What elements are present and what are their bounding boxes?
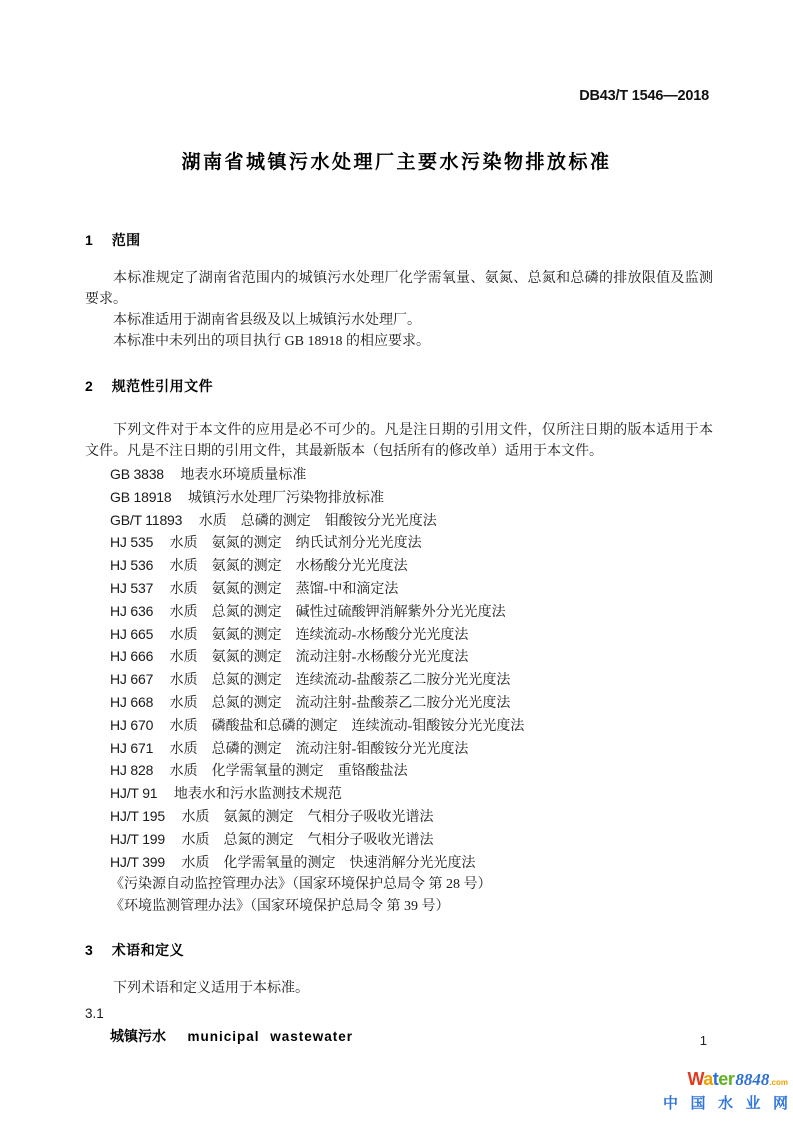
section-number: 3	[85, 940, 93, 960]
reference-document: 《污染源自动监控管理办法》（国家环境保护总局令 第 28 号）	[110, 874, 713, 896]
logo-letter: e	[718, 1069, 728, 1089]
section-1-heading: 1 范围	[85, 230, 713, 250]
reference-code: GB/T 11893	[110, 512, 182, 528]
references-list: GB 3838 地表水环境质量标准 GB 18918 城镇污水处理厂污染物排放标…	[85, 464, 713, 918]
reference-item: HJ 828 水质 化学需氧量的测定 重铬酸盐法	[110, 760, 713, 783]
section-3-heading: 3 术语和定义	[85, 940, 713, 960]
logo-letter: W	[687, 1069, 703, 1089]
reference-code: GB 18918	[110, 489, 171, 505]
reference-code: HJ 665	[110, 626, 153, 642]
reference-code: HJ 666	[110, 648, 153, 664]
section-number: 2	[85, 376, 93, 396]
reference-title: 地表水和污水监测技术规范	[174, 787, 342, 802]
logo-dotcom: .com	[769, 1078, 788, 1087]
reference-code: GB 3838	[110, 466, 164, 482]
reference-code: HJ/T 199	[110, 831, 165, 847]
reference-item: HJ 665 水质 氨氮的测定 连续流动-水杨酸分光光度法	[110, 624, 713, 647]
reference-item: HJ/T 399 水质 化学需氧量的测定 快速消解分光光度法	[110, 852, 713, 875]
section-2-heading: 2 规范性引用文件	[85, 376, 713, 396]
water8848-logo: Water8848.com 中国水业网	[663, 1068, 788, 1113]
logo-wordmark: Water8848.com	[663, 1068, 788, 1094]
reference-item: HJ/T 195 水质 氨氮的测定 气相分子吸收光谱法	[110, 806, 713, 829]
reference-code: HJ 537	[110, 580, 153, 596]
reference-title: 水质 磷酸盐和总磷的测定 连续流动-钼酸铵分光光度法	[170, 719, 525, 734]
reference-item: HJ 636 水质 总氮的测定 碱性过硫酸钾消解紫外分光光度法	[110, 601, 713, 624]
reference-item: HJ/T 91 地表水和污水监测技术规范	[110, 783, 713, 806]
reference-title: 城镇污水处理厂污染物排放标准	[188, 491, 384, 506]
paragraph: 本标准适用于湖南省县级及以上城镇污水处理厂。	[85, 310, 713, 331]
logo-letter: r	[728, 1069, 735, 1089]
logo-number-8848: 8848	[735, 1070, 769, 1089]
page-number: 1	[700, 1033, 707, 1048]
logo-letter: a	[703, 1069, 713, 1089]
term-definition-line: 城镇污水 municipal wastewater	[85, 1025, 713, 1049]
reference-title: 水质 总氮的测定 连续流动-盐酸萘乙二胺分光光度法	[170, 673, 511, 688]
reference-item: HJ 535 水质 氨氮的测定 纳氏试剂分光光度法	[110, 532, 713, 555]
reference-title: 水质 氨氮的测定 气相分子吸收光谱法	[181, 810, 433, 825]
reference-code: HJ 667	[110, 671, 153, 687]
section-title: 术语和定义	[112, 942, 185, 958]
reference-code: HJ 668	[110, 694, 153, 710]
reference-item: HJ 537 水质 氨氮的测定 蒸馏-中和滴定法	[110, 578, 713, 601]
reference-title: 水质 氨氮的测定 水杨酸分光光度法	[170, 559, 408, 574]
reference-item: HJ 666 水质 氨氮的测定 流动注射-水杨酸分光光度法	[110, 646, 713, 669]
reference-code: HJ 535	[110, 534, 153, 550]
references-intro: 下列文件对于本文件的应用是必不可少的。凡是注日期的引用文件，仅所注日期的版本适用…	[85, 420, 713, 462]
reference-title: 水质 氨氮的测定 流动注射-水杨酸分光光度法	[170, 650, 469, 665]
reference-item: HJ 670 水质 磷酸盐和总磷的测定 连续流动-钼酸铵分光光度法	[110, 715, 713, 738]
reference-title: 水质 总氮的测定 流动注射-盐酸萘乙二胺分光光度法	[170, 696, 511, 711]
reference-item: HJ 668 水质 总氮的测定 流动注射-盐酸萘乙二胺分光光度法	[110, 692, 713, 715]
reference-item: HJ/T 199 水质 总氮的测定 气相分子吸收光谱法	[110, 829, 713, 852]
reference-title: 水质 总氮的测定 碱性过硫酸钾消解紫外分光光度法	[170, 605, 506, 620]
reference-code: HJ/T 195	[110, 808, 165, 824]
term-english: municipal wastewater	[188, 1029, 354, 1044]
reference-code: HJ 670	[110, 717, 153, 733]
terms-intro: 下列术语和定义适用于本标准。	[85, 978, 713, 999]
reference-item: GB/T 11893 水质 总磷的测定 钼酸铵分光光度法	[110, 510, 713, 533]
document-title: 湖南省城镇污水处理厂主要水污染物排放标准	[0, 147, 793, 174]
reference-document: 《环境监测管理办法》（国家环境保护总局令 第 39 号）	[110, 896, 713, 918]
reference-title: 水质 氨氮的测定 连续流动-水杨酸分光光度法	[170, 628, 469, 643]
reference-item: GB 3838 地表水环境质量标准	[110, 464, 713, 487]
document-page: DB43/T 1546—2018 湖南省城镇污水处理厂主要水污染物排放标准 1 …	[0, 0, 793, 1122]
reference-code: HJ 536	[110, 557, 153, 573]
term-clause-number: 3.1	[85, 1003, 713, 1024]
reference-title: 水质 氨氮的测定 纳氏试剂分光光度法	[170, 536, 422, 551]
scope-paragraphs: 本标准规定了湖南省范围内的城镇污水处理厂化学需氧量、氨氮、总氮和总磷的排放限值及…	[85, 268, 713, 352]
document-body: 1 范围 本标准规定了湖南省范围内的城镇污水处理厂化学需氧量、氨氮、总氮和总磷的…	[85, 230, 713, 1049]
reference-code: HJ/T 399	[110, 854, 165, 870]
reference-title: 水质 氨氮的测定 蒸馏-中和滴定法	[170, 582, 399, 597]
reference-title: 水质 总氮的测定 气相分子吸收光谱法	[181, 833, 433, 848]
reference-item: HJ 536 水质 氨氮的测定 水杨酸分光光度法	[110, 555, 713, 578]
reference-item: HJ 671 水质 总磷的测定 流动注射-钼酸铵分光光度法	[110, 738, 713, 761]
paragraph: 本标准中未列出的项目执行 GB 18918 的相应要求。	[85, 331, 713, 352]
standard-code: DB43/T 1546—2018	[579, 88, 709, 104]
logo-word-water: Water	[687, 1069, 734, 1089]
reference-code: HJ 636	[110, 603, 153, 619]
reference-title: 水质 总磷的测定 钼酸铵分光光度法	[199, 514, 437, 529]
section-number: 1	[85, 230, 93, 250]
section-title: 范围	[112, 232, 141, 248]
reference-code: HJ 828	[110, 762, 153, 778]
reference-title: 水质 总磷的测定 流动注射-钼酸铵分光光度法	[170, 742, 469, 757]
reference-title: 水质 化学需氧量的测定 重铬酸盐法	[170, 764, 408, 779]
reference-code: HJ 671	[110, 740, 153, 756]
reference-title: 地表水环境质量标准	[180, 468, 306, 483]
reference-item: HJ 667 水质 总氮的测定 连续流动-盐酸萘乙二胺分光光度法	[110, 669, 713, 692]
reference-code: HJ/T 91	[110, 785, 157, 801]
reference-item: GB 18918 城镇污水处理厂污染物排放标准	[110, 487, 713, 510]
section-title: 规范性引用文件	[112, 378, 214, 394]
paragraph: 本标准规定了湖南省范围内的城镇污水处理厂化学需氧量、氨氮、总氮和总磷的排放限值及…	[85, 268, 713, 310]
logo-tagline: 中国水业网	[663, 1095, 793, 1113]
term-chinese: 城镇污水	[110, 1028, 166, 1044]
reference-title: 水质 化学需氧量的测定 快速消解分光光度法	[181, 856, 475, 871]
